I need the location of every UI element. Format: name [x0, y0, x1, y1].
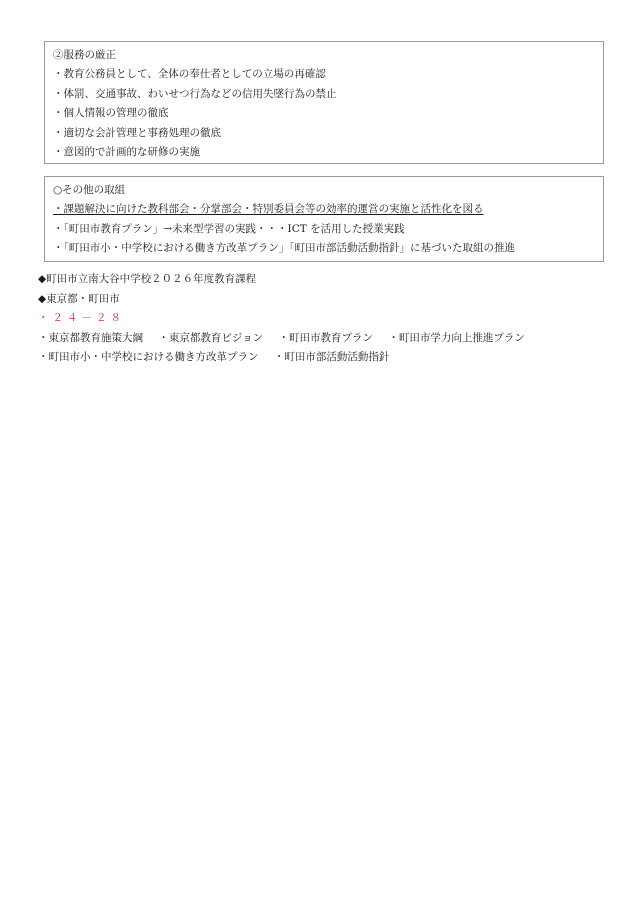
- document-metadata: ◆町田市立南大谷中学校２０２６年度教育課程 ◆東京都・町田市 ・２４－２８ ・東…: [38, 270, 525, 368]
- section-heading: ②服務の厳正: [53, 46, 595, 65]
- list-item: ・適切な会計管理と事務処理の徹底: [53, 124, 595, 143]
- plan-item: ・町田市学力向上推進プラン: [388, 332, 525, 344]
- list-item: ・個人情報の管理の徹底: [53, 104, 595, 123]
- plan-item: ・町田市部活動活動指針: [274, 351, 390, 363]
- plan-item: ・東京都教育施策大綱: [38, 332, 143, 344]
- section-box-other-initiatives: ○その他の取組 ・課題解決に向けた教科部会・分掌部会・特別委員会等の効率的運営の…: [44, 176, 604, 262]
- list-item: ・「町田市教育プラン」→未来型学習の実践・・・ICT を活用した授業実践: [53, 220, 595, 239]
- section-heading: ○その他の取組: [53, 181, 595, 200]
- list-item: ・体罰、交通事故、わいせつ行為などの信用失墜行為の禁止: [53, 85, 595, 104]
- plan-item: ・町田市小・中学校における働き方改革プラン: [38, 351, 259, 363]
- list-item-underlined: ・課題解決に向けた教科部会・分掌部会・特別委員会等の効率的運営の実施と活性化を図…: [53, 200, 595, 219]
- related-plans-row-1: ・東京都教育施策大綱 ・東京都教育ビジョン ・町田市教育プラン ・町田市学力向上…: [38, 329, 525, 349]
- list-item: ・教育公務員として、全体の奉仕者としての立場の再確認: [53, 65, 595, 84]
- related-plans-row-2: ・町田市小・中学校における働き方改革プラン ・町田市部活動活動指針: [38, 348, 525, 368]
- list-item: ・意図的で計画的な研修の実施: [53, 143, 595, 162]
- plan-item: ・東京都教育ビジョン: [158, 332, 263, 344]
- school-curriculum-title: ◆町田市立南大谷中学校２０２６年度教育課程: [38, 270, 525, 290]
- list-item: ・「町田市小・中学校における働き方改革プラン」「町田市部活動活動指針」に基づいた…: [53, 239, 595, 258]
- region-label: ◆東京都・町田市: [38, 290, 525, 310]
- code-label: ・２４－２８: [38, 309, 525, 329]
- plan-item: ・町田市教育プラン: [278, 332, 373, 344]
- section-box-service-discipline: ②服務の厳正 ・教育公務員として、全体の奉仕者としての立場の再確認 ・体罰、交通…: [44, 41, 604, 164]
